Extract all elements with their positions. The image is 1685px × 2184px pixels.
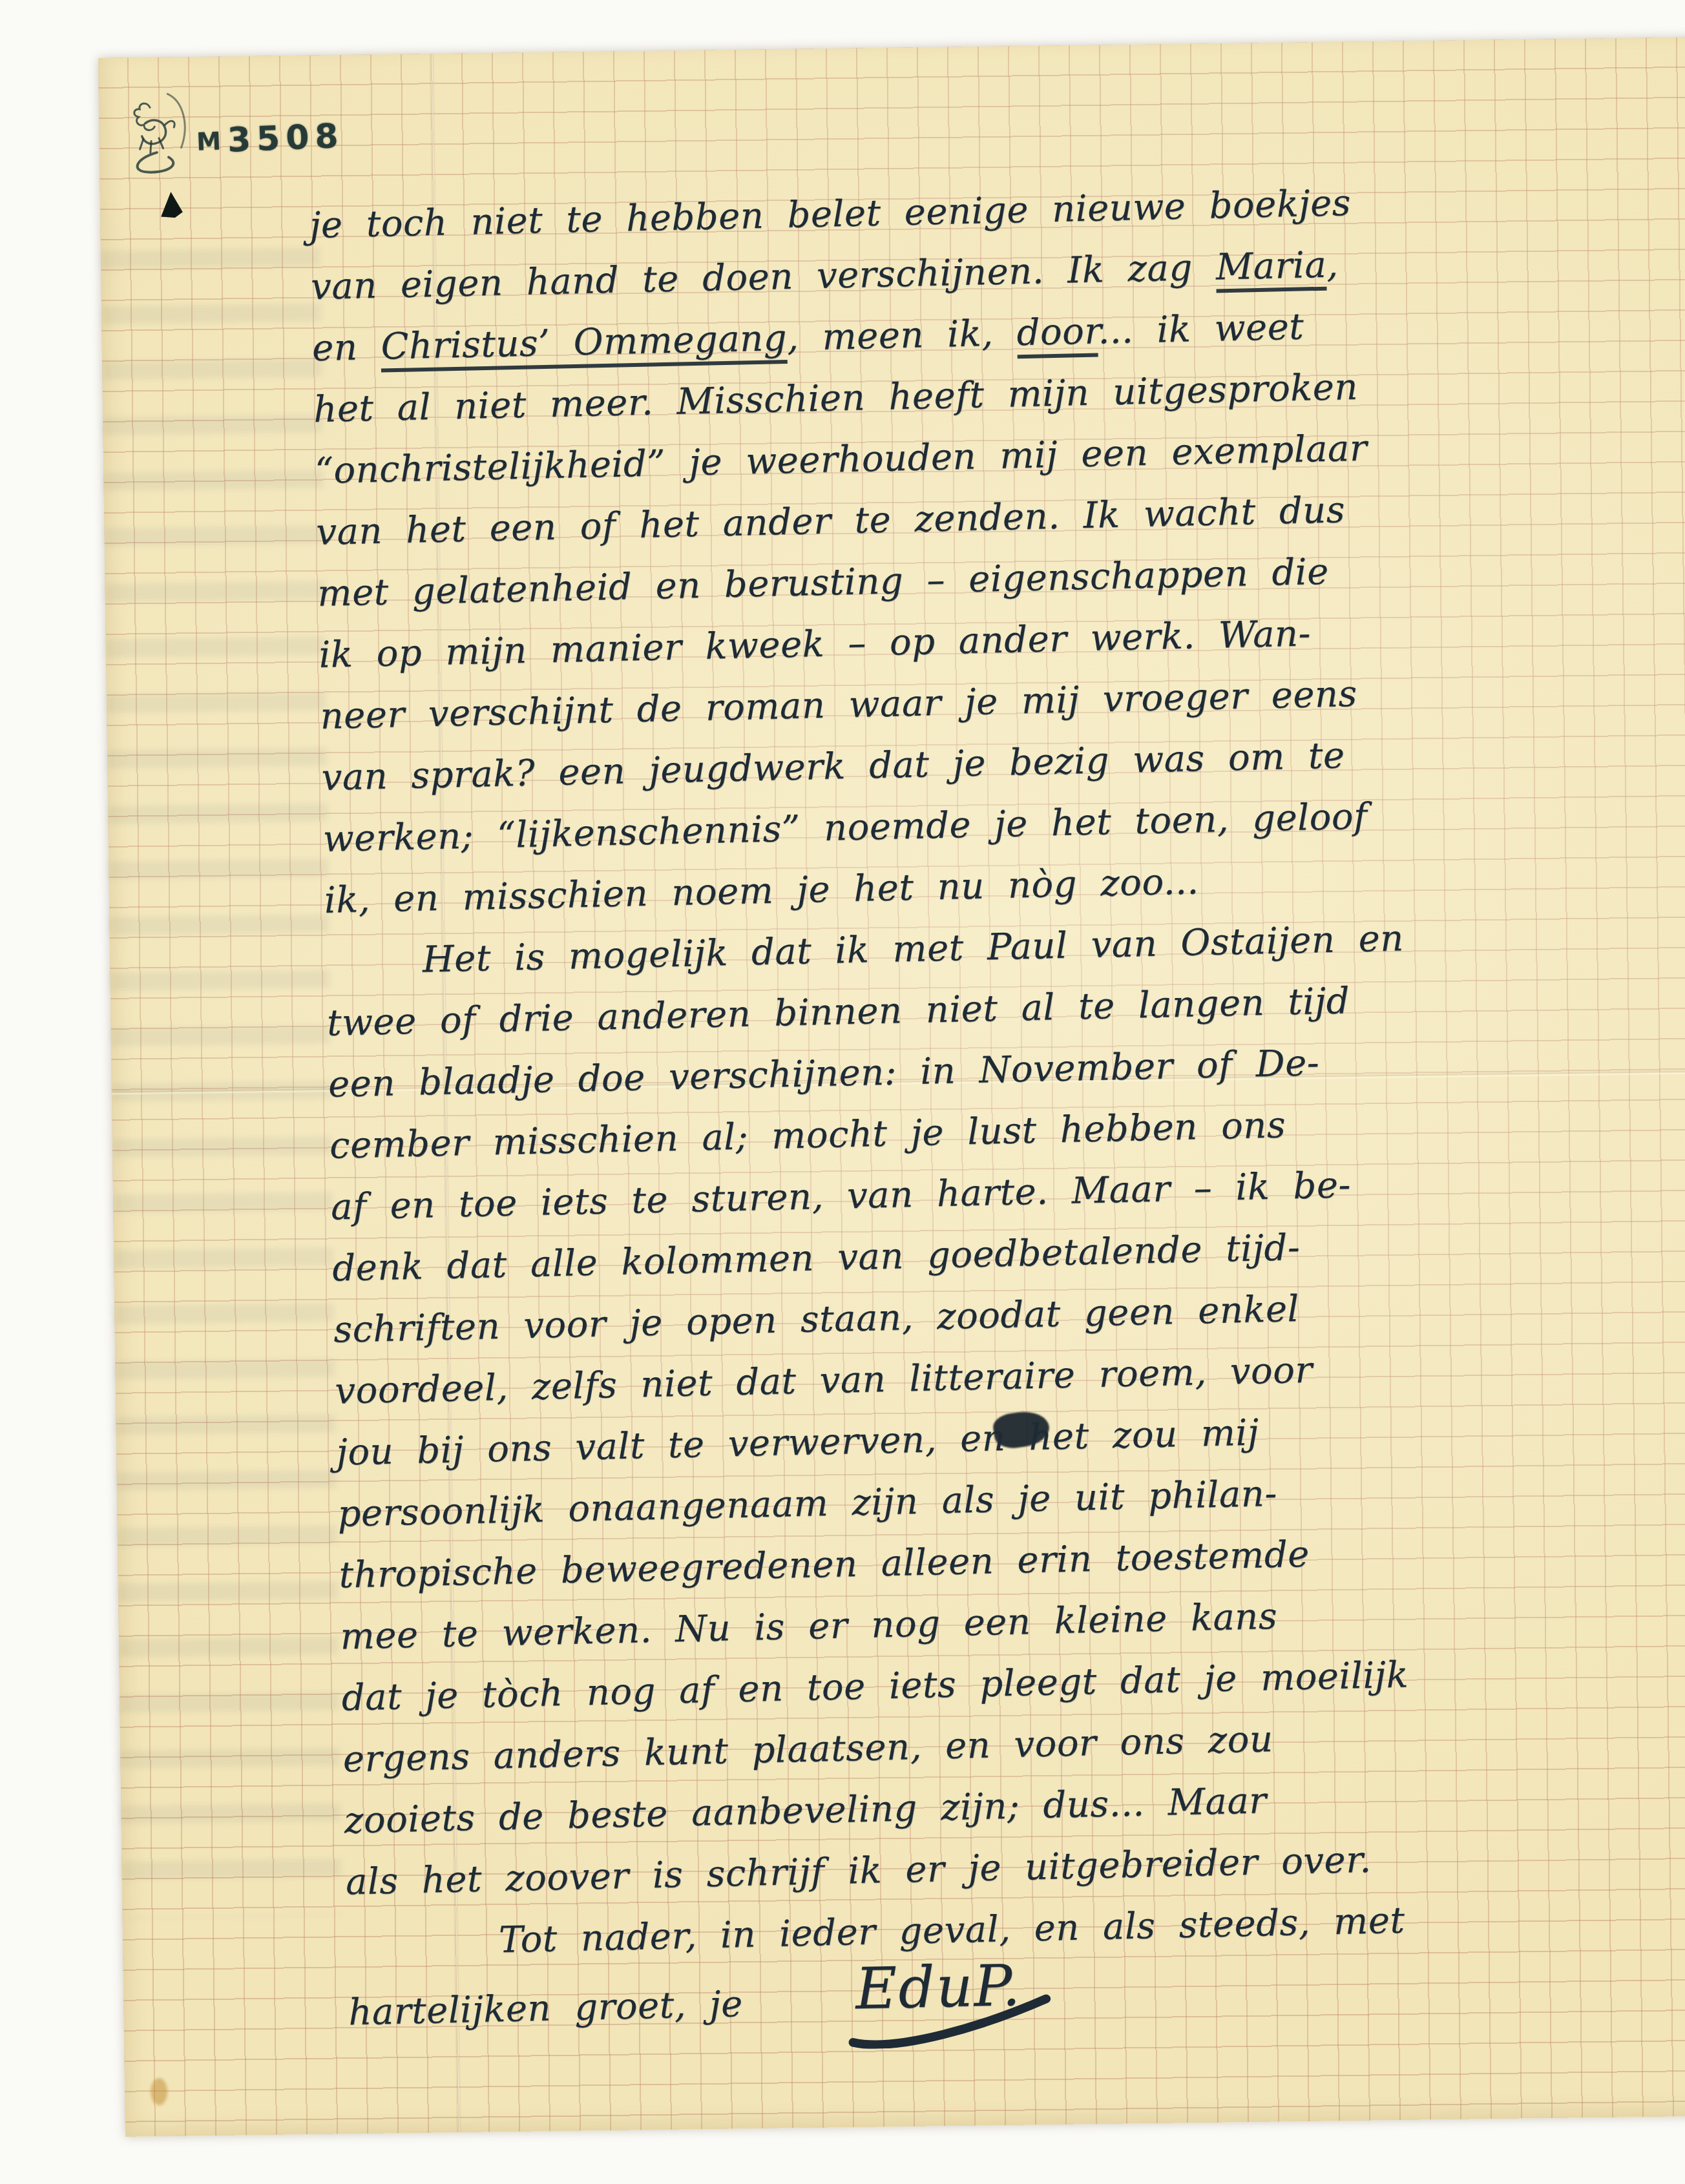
letter-line-segment: schriften voor je open staan, zoodat gee… — [333, 1288, 1300, 1351]
letter-line-segment: Tot nader, in ieder geval, en als steeds… — [498, 1900, 1405, 1962]
underlined-word: Christus’ Ommegang — [381, 317, 788, 373]
letter-line-segment: zooiets de beste aanbeveling zijn; dus..… — [344, 1780, 1267, 1842]
letter-line-segment: ... ik weet — [1098, 306, 1304, 352]
letter-line-segment: jou bij ons valt te verwerven, en het zo… — [336, 1411, 1260, 1473]
letter-line-segment: ergens anders kunt plaatsen, en voor ons… — [342, 1718, 1273, 1780]
paper-stain — [151, 2078, 168, 2105]
letter-line-segment: hartelijken groet, je — [348, 1983, 744, 2033]
letter-line-segment: thropische beweegredenen alleen erin toe… — [339, 1534, 1310, 1597]
letter-line-segment: cember misschien al; mocht je lust hebbe… — [329, 1104, 1286, 1167]
underlined-word: Maria — [1215, 244, 1327, 293]
letter-line-segment: persoonlijk onaangenaam zijn als je uit … — [337, 1473, 1278, 1535]
stamp-prefix: M — [196, 127, 224, 173]
letter-line-segment: Het is mogelijk dat ik met Paul van Osta… — [422, 917, 1404, 981]
letter-body: je toch niet te hebben belet eenige nieu… — [309, 165, 1685, 2035]
letter-line-segment: denk dat alle kolommen van goedbetalende… — [332, 1227, 1301, 1290]
signature-flourish — [846, 1991, 1054, 2050]
archive-stamp: M 3508 — [127, 82, 345, 176]
underlined-word: door — [1016, 310, 1098, 359]
letter-line-segment: van eigen hand te doen verschijnen. Ik z… — [310, 246, 1216, 308]
signature: EduP. — [855, 1955, 1022, 2020]
letter-line-segment: werken; “lijkenschennis” noemde je het t… — [322, 795, 1368, 860]
letter-line-segment: en — [311, 326, 381, 369]
letter-line-segment: ik, en misschien noem je het nu nòg zoo.… — [324, 860, 1199, 922]
letter-line-segment: voordeel, zelfs niet dat van litteraire … — [335, 1349, 1313, 1413]
letter-line-segment: , meen ik, — [786, 312, 1017, 359]
stamp-number: 3508 — [227, 117, 346, 172]
verso-showthrough — [100, 211, 342, 1919]
letter-line-segment: , — [1326, 244, 1339, 286]
letter-line-segment: een blaadje doe verschijnen: in November… — [328, 1042, 1319, 1105]
letter-line-segment: mee te werken. Nu is er nog een kleine k… — [340, 1596, 1278, 1658]
lion-emblem-icon — [127, 88, 193, 176]
letter-line-segment: ik op mijn manier kweek – op ander werk.… — [319, 612, 1312, 676]
